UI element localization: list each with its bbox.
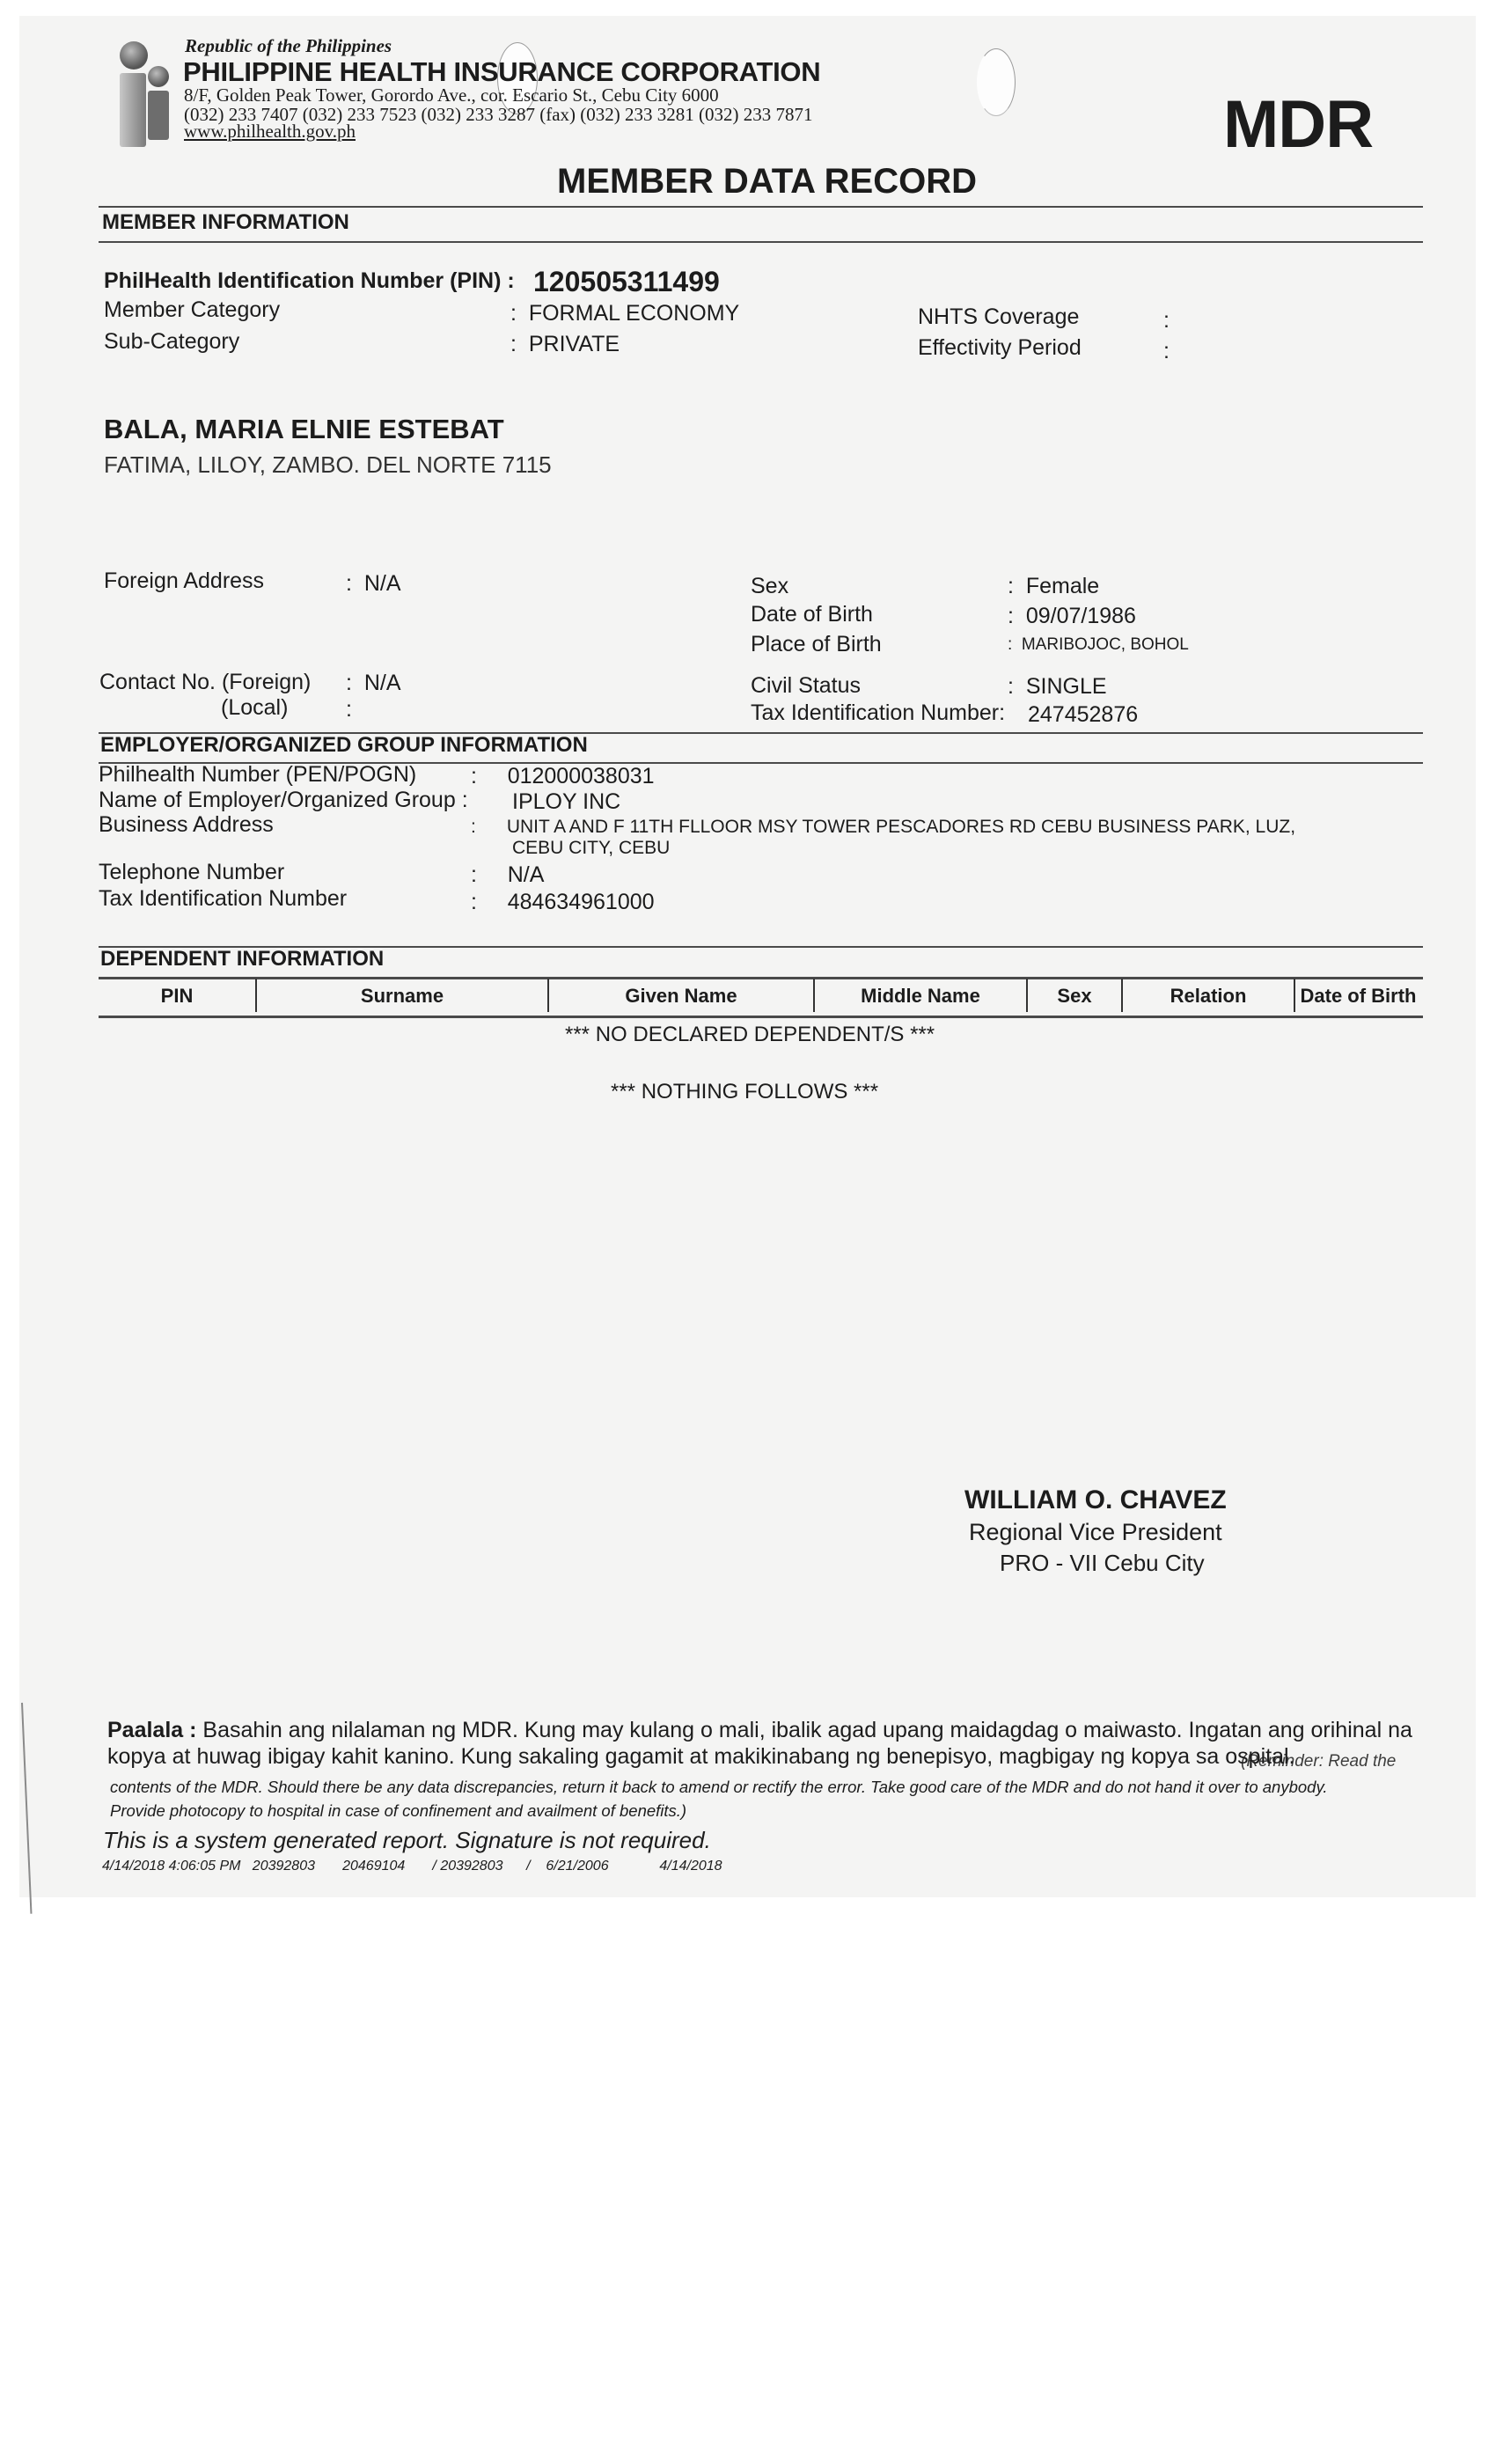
section-title-member: MEMBER INFORMATION [102, 210, 349, 235]
pin-label: PhilHealth Identification Number (PIN) : [104, 268, 515, 294]
employer-pen-value: : 012000038031 [471, 764, 655, 789]
section-title-employer: EMPLOYER/ORGANIZED GROUP INFORMATION [100, 733, 588, 758]
employer-tin-label: Tax Identification Number [99, 886, 347, 912]
reminder-line-2: contents of the MDR. Should there be any… [110, 1778, 1327, 1797]
tin-label: Tax Identification Number: [751, 700, 1005, 726]
nhts-value: : [1163, 308, 1170, 334]
contact-local-label: (Local) [221, 695, 288, 721]
column-relation: Relation [1123, 979, 1294, 1014]
foreign-address-label: Foreign Address [104, 568, 264, 594]
pob-label: Place of Birth [751, 632, 882, 657]
business-address-value: : UNIT A AND F 11TH FLLOOR MSY TOWER PES… [471, 817, 1295, 838]
philhealth-logo-icon [114, 40, 176, 150]
paalala-label: Paalala : [107, 1718, 196, 1742]
divider [99, 241, 1423, 243]
employer-pen-label: Philhealth Number (PEN/POGN) [99, 762, 416, 788]
website-link[interactable]: www.philhealth.gov.ph [184, 121, 356, 143]
employer-name-label: Name of Employer/Organized Group : [99, 788, 468, 813]
telephone-label: Telephone Number [99, 860, 284, 885]
paalala-line-2: kopya at huwag ibigay kahit kanino. Kung… [107, 1744, 1294, 1770]
business-address-value-line2: CEBU CITY, CEBU [512, 838, 670, 859]
employer-name-value: IPLOY INC [512, 789, 620, 815]
corporation-name: PHILIPPINE HEALTH INSURANCE CORPORATION [183, 56, 820, 88]
no-dependents-message: *** NO DECLARED DEPENDENT/S *** [565, 1023, 935, 1047]
reminder-line-3: Provide photocopy to hospital in case of… [110, 1801, 686, 1821]
divider [99, 206, 1423, 208]
nothing-follows-message: *** NOTHING FOLLOWS *** [611, 1080, 878, 1104]
subcategory-label: Sub-Category [104, 329, 239, 355]
pin-value: 120505311499 [533, 266, 720, 298]
print-metadata: 4/14/2018 4:06:05 PM 20392803 20469104 /… [102, 1859, 722, 1874]
business-address-label: Business Address [99, 812, 274, 838]
sex-value: : Female [1008, 574, 1099, 599]
column-middle-name: Middle Name [815, 979, 1026, 1014]
contact-local-value: : [346, 697, 352, 722]
nhts-label: NHTS Coverage [918, 304, 1079, 330]
dependent-table-header: PIN Surname Given Name Middle Name Sex R… [99, 979, 1421, 1014]
column-date-of-birth: Date of Birth [1295, 979, 1421, 1014]
contact-foreign-value: : N/A [346, 671, 401, 696]
reminder-start: (Reminder: Read the [1241, 1752, 1396, 1771]
effectivity-label: Effectivity Period [918, 335, 1082, 361]
civil-status-label: Civil Status [751, 673, 861, 699]
punch-hole-mark [977, 48, 1016, 116]
category-value: : FORMAL ECONOMY [510, 301, 739, 326]
section-title-dependent: DEPENDENT INFORMATION [100, 947, 384, 972]
paalala-line-1: Paalala : Basahin ang nilalaman ng MDR. … [107, 1718, 1412, 1743]
signatory-office: PRO - VII Cebu City [1000, 1550, 1205, 1577]
member-name: BALA, MARIA ELNIE ESTEBAT [104, 414, 504, 445]
page-title: MEMBER DATA RECORD [557, 162, 977, 202]
column-surname: Surname [257, 979, 547, 1014]
telephone-value: : N/A [471, 862, 544, 888]
sex-label: Sex [751, 574, 788, 599]
tin-value: 247452876 [1028, 702, 1138, 728]
effectivity-value: : [1163, 339, 1170, 364]
foreign-address-value: : N/A [346, 571, 401, 597]
dob-value: : 09/07/1986 [1008, 604, 1136, 629]
signatory-name: WILLIAM O. CHAVEZ [964, 1485, 1227, 1515]
pob-value: : MARIBOJOC, BOHOL [1008, 635, 1189, 655]
system-generated-note: This is a system generated report. Signa… [103, 1827, 711, 1854]
employer-tin-value: : 484634961000 [471, 890, 655, 915]
column-sex: Sex [1028, 979, 1121, 1014]
dob-label: Date of Birth [751, 602, 873, 627]
form-code: MDR [1223, 86, 1373, 163]
republic-label: Republic of the Philippines [185, 35, 392, 57]
category-label: Member Category [104, 297, 280, 323]
column-pin: PIN [99, 979, 255, 1014]
divider [99, 1016, 1423, 1018]
civil-status-value: : SINGLE [1008, 674, 1107, 700]
subcategory-value: : PRIVATE [510, 332, 620, 357]
member-home-address: FATIMA, LILOY, ZAMBO. DEL NORTE 7115 [104, 451, 552, 479]
column-given-name: Given Name [549, 979, 813, 1014]
contact-foreign-label: Contact No. (Foreign) [99, 670, 311, 695]
signatory-position: Regional Vice President [969, 1519, 1222, 1546]
